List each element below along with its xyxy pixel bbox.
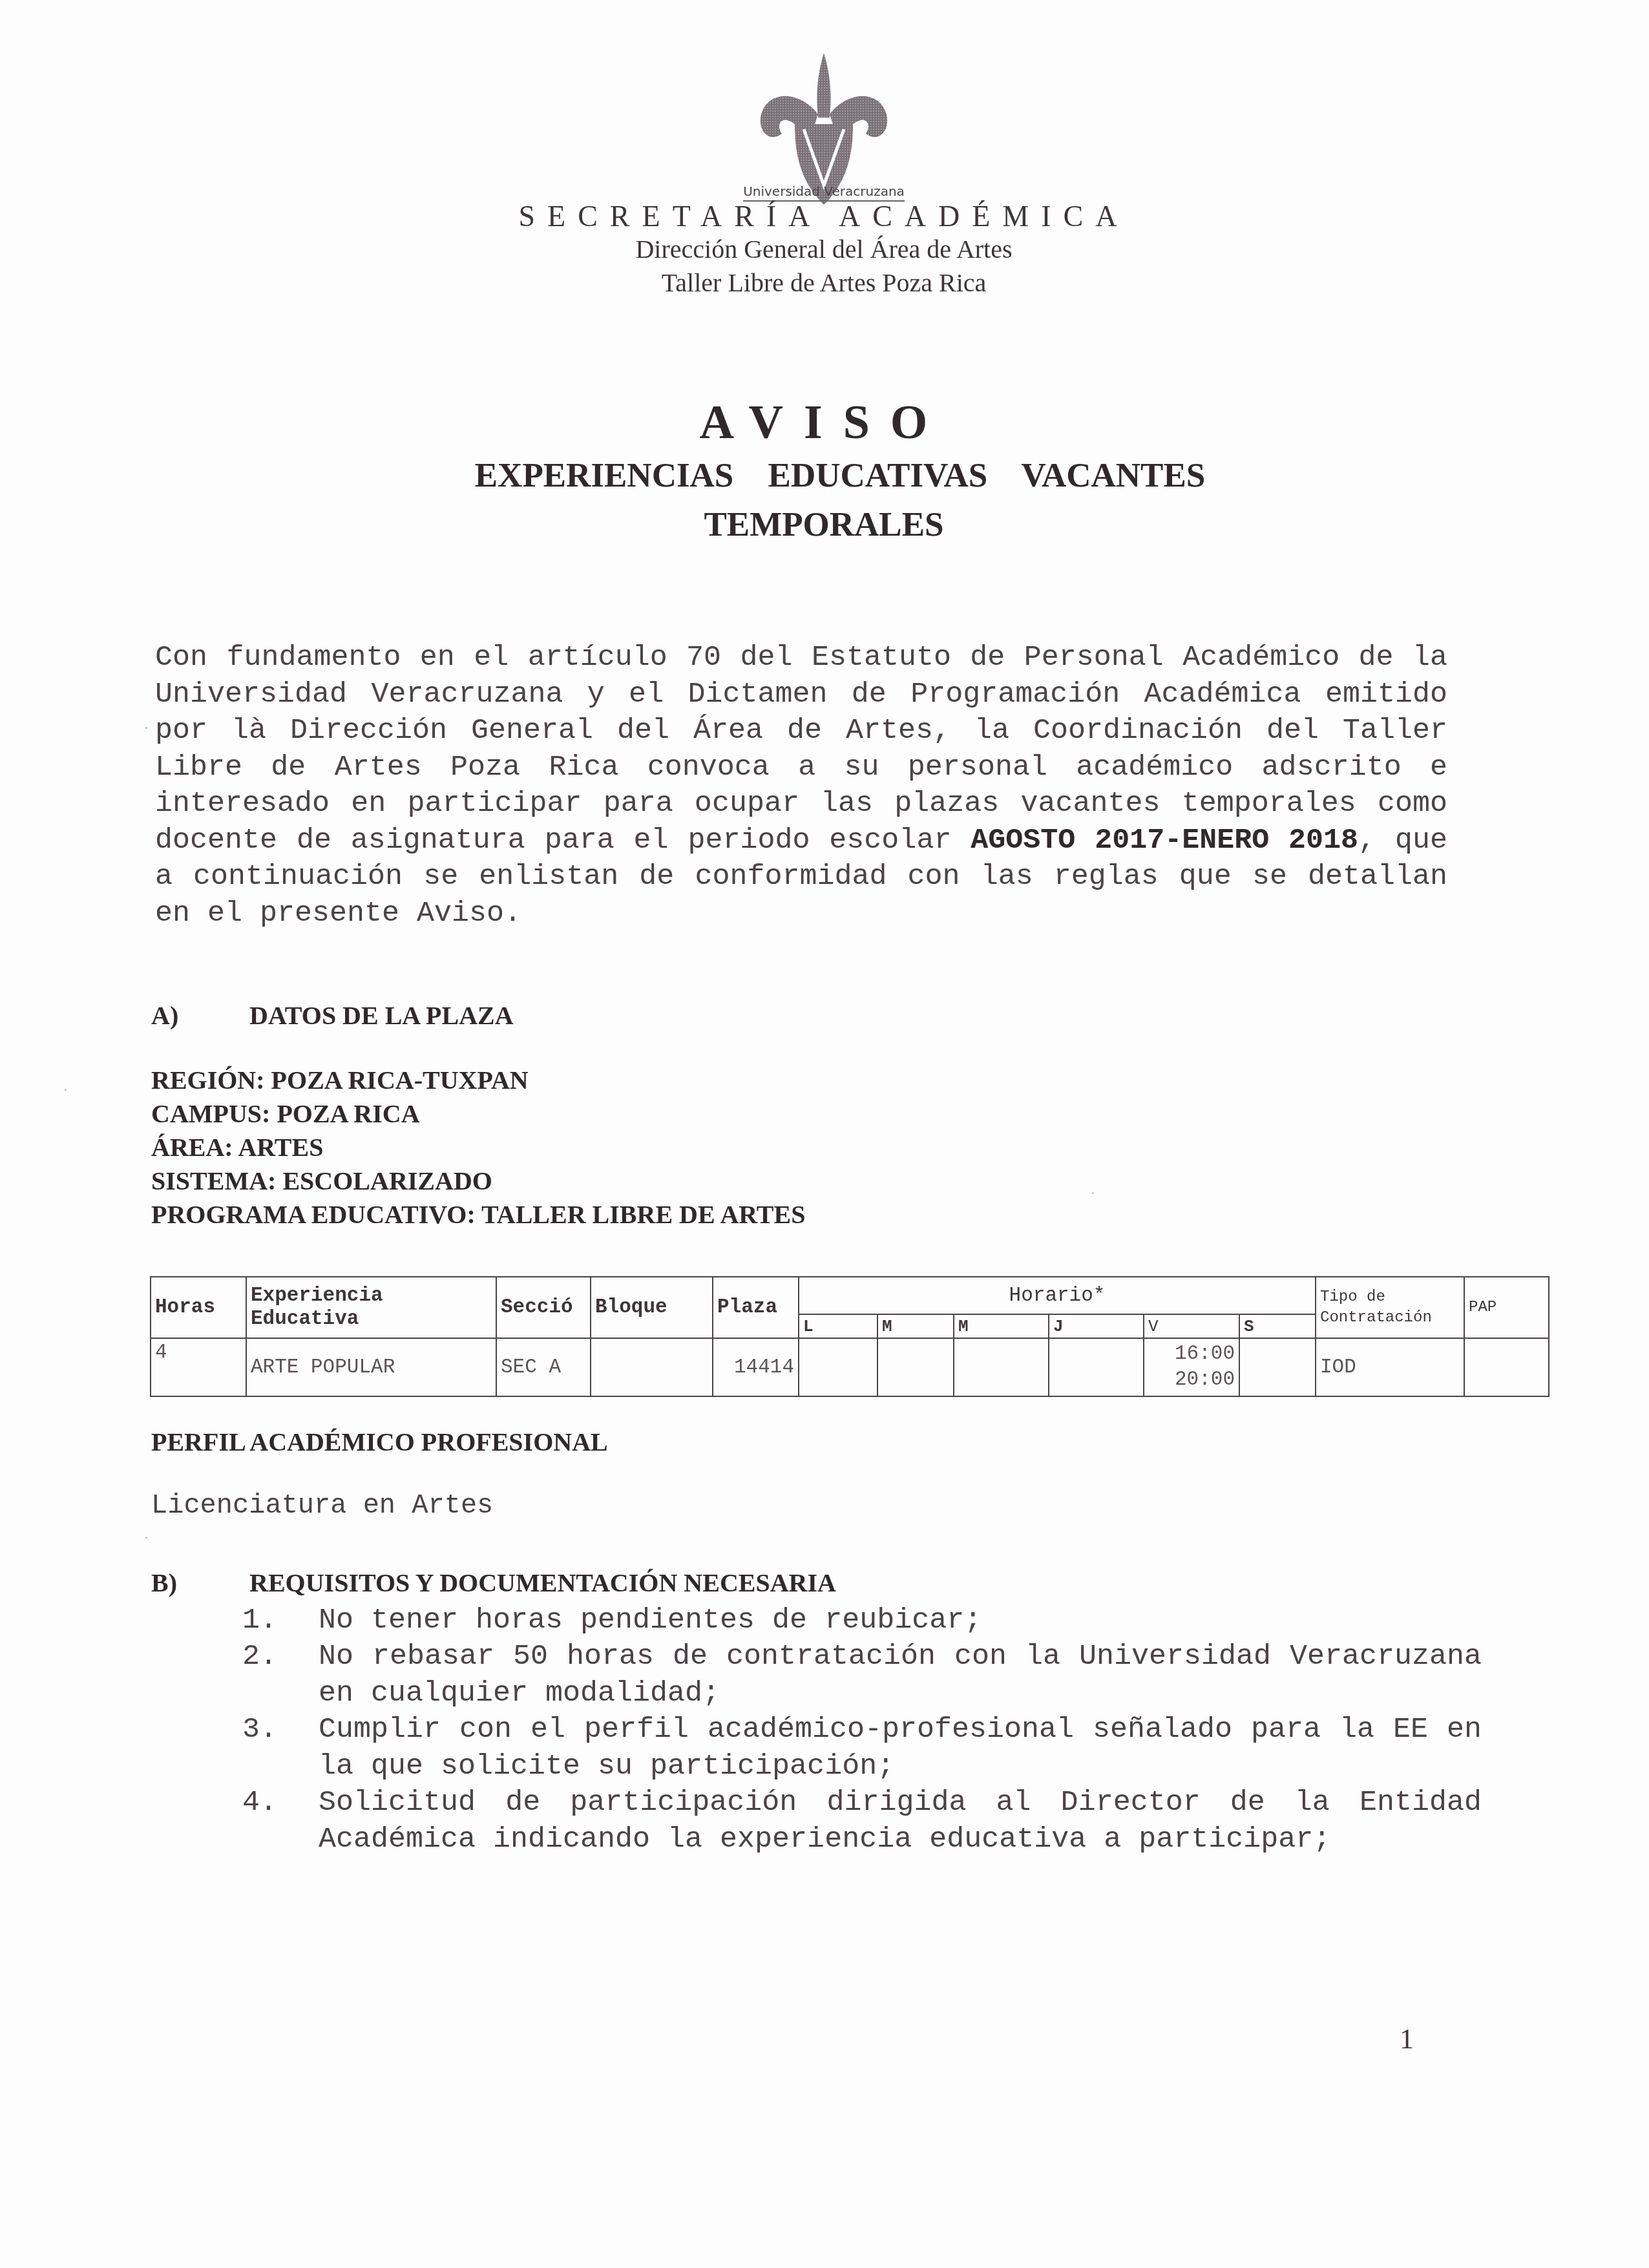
field-area: ÁREA: ARTES (151, 1132, 323, 1162)
col-day-m1: M (877, 1314, 954, 1338)
subtitle-line-2: TEMPORALES (388, 505, 1260, 544)
cell-horas: 4 (151, 1338, 246, 1396)
cell-tipo: IOD (1316, 1338, 1464, 1396)
section-label: A) (151, 1000, 249, 1031)
cell-bloque (591, 1338, 713, 1396)
cell-pap (1464, 1338, 1549, 1396)
col-day-v: V (1144, 1314, 1239, 1338)
field-label: REGIÓN: (151, 1066, 265, 1095)
item-number: 3. (242, 1712, 319, 1748)
col-experiencia: Experiencia Educativa (246, 1277, 496, 1338)
requirement-item: 2.No rebasar 50 horas de contratación co… (242, 1639, 319, 1675)
field-programa: PROGRAMA EDUCATIVO: TALLER LIBRE DE ARTE… (151, 1199, 805, 1230)
field-value: POZA RICA (277, 1099, 419, 1128)
page-number: 1 (1400, 2022, 1414, 2055)
item-text: Solicitud de participación dirigida al D… (319, 1785, 1482, 1858)
field-value: TALLER LIBRE DE ARTES (481, 1200, 805, 1229)
field-label: CAMPUS: (151, 1099, 270, 1128)
col-horario: Horario* (799, 1277, 1316, 1314)
field-value: POZA RICA-TUXPAN (271, 1066, 529, 1095)
cell-day-s (1239, 1338, 1316, 1396)
col-pap: PAP (1464, 1277, 1549, 1338)
col-plaza: Plaza (713, 1277, 799, 1338)
field-value: ARTES (238, 1133, 323, 1162)
field-campus: CAMPUS: POZA RICA (151, 1098, 420, 1129)
cell-day-m2 (954, 1338, 1049, 1396)
intro-paragraph: Con fundamento en el artículo 70 del Est… (155, 640, 1447, 932)
scan-speck (1092, 1192, 1094, 1194)
item-number: 4. (242, 1785, 319, 1822)
field-sistema: SISTEMA: ESCOLARIZADO (151, 1166, 492, 1196)
field-label: SISTEMA: (151, 1166, 276, 1195)
secretaria-academica: SECRETARÍA ACADÉMICA (388, 199, 1260, 233)
col-horas: Horas (151, 1277, 246, 1338)
col-seccion: Secció (496, 1277, 591, 1338)
item-text: No tener horas pendientes de reubicar; (319, 1602, 1482, 1639)
cell-experiencia: ARTE POPULAR (246, 1338, 496, 1396)
field-label: PROGRAMA EDUCATIVO: (151, 1200, 476, 1229)
section-title: DATOS DE LA PLAZA (249, 1001, 514, 1030)
scan-speck (145, 1537, 147, 1538)
col-tipo-contratacion: Tipo de Contratación (1316, 1277, 1464, 1338)
requirement-item: 1.No tener horas pendientes de reubicar; (242, 1602, 319, 1639)
item-text: Cumplir con el perfil académico-profesio… (319, 1712, 1482, 1785)
cell-day-m1 (877, 1338, 954, 1396)
requirement-item: 3.Cumplir con el perfil académico-profes… (242, 1712, 319, 1748)
requirement-item: 4.Solicitud de participación dirigida al… (242, 1785, 319, 1822)
plaza-table: Horas Experiencia Educativa Secció Bloqu… (150, 1276, 1549, 1397)
table-row: 4 ARTE POPULAR SEC A 14414 16:00 20:00 I… (151, 1338, 1549, 1396)
section-label: B) (151, 1568, 249, 1598)
item-text: No rebasar 50 horas de contratación con … (319, 1639, 1482, 1712)
direccion-general: Dirección General del Área de Artes (388, 234, 1260, 264)
col-day-m2: M (954, 1314, 1049, 1338)
item-number: 2. (242, 1639, 319, 1675)
perfil-heading: PERFIL ACADÉMICO PROFESIONAL (151, 1427, 608, 1457)
section-title: REQUISITOS Y DOCUMENTACIÓN NECESARIA (249, 1568, 836, 1597)
scan-speck (65, 1089, 67, 1091)
section-a-heading: A)DATOS DE LA PLAZA (151, 1000, 514, 1031)
cell-plaza: 14414 (713, 1338, 799, 1396)
perfil-value: Licenciatura en Artes (151, 1490, 493, 1521)
cell-day-j (1049, 1338, 1144, 1396)
section-b-heading: B)REQUISITOS Y DOCUMENTACIÓN NECESARIA (151, 1568, 836, 1598)
taller-libre: Taller Libre de Artes Poza Rica (388, 268, 1260, 298)
field-region: REGIÓN: POZA RICA-TUXPAN (151, 1065, 529, 1095)
cell-day-v: 16:00 20:00 (1144, 1338, 1239, 1396)
page-title: AVISO (388, 395, 1260, 450)
scan-speck (145, 727, 147, 729)
period-highlight: AGOSTO 2017-ENERO 2018 (971, 824, 1358, 857)
table-header-row: Horas Experiencia Educativa Secció Bloqu… (151, 1277, 1549, 1314)
field-label: ÁREA: (151, 1133, 233, 1162)
col-day-s: S (1239, 1314, 1316, 1338)
col-day-l: L (799, 1314, 877, 1338)
cell-day-l (799, 1338, 877, 1396)
cell-seccion: SEC A (496, 1338, 591, 1396)
item-number: 1. (242, 1602, 319, 1639)
col-bloque: Bloque (591, 1277, 713, 1338)
col-day-j: J (1049, 1314, 1144, 1338)
field-value: ESCOLARIZADO (282, 1166, 492, 1195)
subtitle-line-1: EXPERIENCIAS EDUCATIVAS VACANTES (323, 456, 1357, 495)
